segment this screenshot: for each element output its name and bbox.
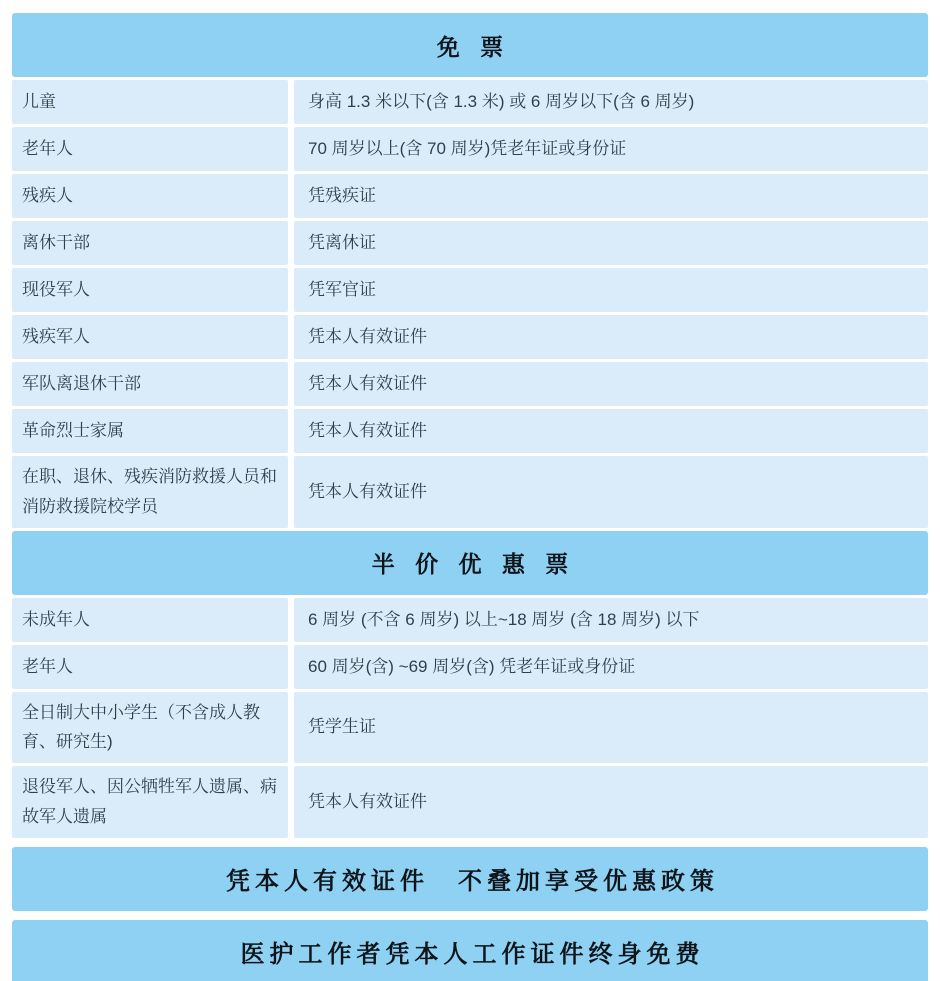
table-row: 军队离退休干部 凭本人有效证件 — [12, 362, 928, 406]
note-medical-workers-free: 医护工作者凭本人工作证件终身免费 — [12, 920, 928, 981]
condition-cell: 凭本人有效证件 — [294, 766, 928, 838]
condition-cell: 凭残疾证 — [294, 174, 928, 218]
category-cell: 老年人 — [12, 127, 288, 171]
category-cell: 离休干部 — [12, 221, 288, 265]
table-row: 退役军人、因公牺牲军人遗属、病故军人遗属 凭本人有效证件 — [12, 766, 928, 838]
category-cell: 残疾军人 — [12, 315, 288, 359]
table-row: 在职、退休、残疾消防救援人员和消防救援院校学员 凭本人有效证件 — [12, 456, 928, 528]
condition-cell: 60 周岁(含) ~69 周岁(含) 凭老年证或身份证 — [294, 645, 928, 689]
table-row: 残疾人 凭残疾证 — [12, 174, 928, 218]
condition-cell: 凭军官证 — [294, 268, 928, 312]
category-cell: 未成年人 — [12, 598, 288, 642]
category-cell: 现役军人 — [12, 268, 288, 312]
section-header-half-price: 半 价 优 惠 票 — [12, 531, 928, 595]
table-row: 革命烈士家属 凭本人有效证件 — [12, 409, 928, 453]
ticket-policy-table: 免 票 儿童 身高 1.3 米以下(含 1.3 米) 或 6 周岁以下(含 6 … — [0, 0, 940, 981]
condition-cell: 70 周岁以上(含 70 周岁)凭老年证或身份证 — [294, 127, 928, 171]
category-cell: 儿童 — [12, 80, 288, 124]
condition-cell: 身高 1.3 米以下(含 1.3 米) 或 6 周岁以下(含 6 周岁) — [294, 80, 928, 124]
table-row: 离休干部 凭离休证 — [12, 221, 928, 265]
category-cell: 在职、退休、残疾消防救援人员和消防救援院校学员 — [12, 456, 288, 528]
table-row: 老年人 60 周岁(含) ~69 周岁(含) 凭老年证或身份证 — [12, 645, 928, 689]
section-header-free-ticket: 免 票 — [12, 13, 928, 77]
condition-cell: 凭学生证 — [294, 692, 928, 764]
table-row: 现役军人 凭军官证 — [12, 268, 928, 312]
condition-cell: 凭本人有效证件 — [294, 456, 928, 528]
condition-cell: 6 周岁 (不含 6 周岁) 以上~18 周岁 (含 18 周岁) 以下 — [294, 598, 928, 642]
note-no-stacking: 凭本人有效证件 不叠加享受优惠政策 — [12, 847, 928, 911]
category-cell: 全日制大中小学生（不含成人教育、研究生) — [12, 692, 288, 764]
category-cell: 退役军人、因公牺牲军人遗属、病故军人遗属 — [12, 766, 288, 838]
table-row: 残疾军人 凭本人有效证件 — [12, 315, 928, 359]
category-cell: 革命烈士家属 — [12, 409, 288, 453]
table-row: 老年人 70 周岁以上(含 70 周岁)凭老年证或身份证 — [12, 127, 928, 171]
condition-cell: 凭离休证 — [294, 221, 928, 265]
condition-cell: 凭本人有效证件 — [294, 315, 928, 359]
table-row: 未成年人 6 周岁 (不含 6 周岁) 以上~18 周岁 (含 18 周岁) 以… — [12, 598, 928, 642]
category-cell: 残疾人 — [12, 174, 288, 218]
condition-cell: 凭本人有效证件 — [294, 362, 928, 406]
table-row: 全日制大中小学生（不含成人教育、研究生) 凭学生证 — [12, 692, 928, 764]
condition-cell: 凭本人有效证件 — [294, 409, 928, 453]
table-row: 儿童 身高 1.3 米以下(含 1.3 米) 或 6 周岁以下(含 6 周岁) — [12, 80, 928, 124]
category-cell: 老年人 — [12, 645, 288, 689]
free-ticket-table: 儿童 身高 1.3 米以下(含 1.3 米) 或 6 周岁以下(含 6 周岁) … — [12, 80, 928, 528]
category-cell: 军队离退休干部 — [12, 362, 288, 406]
half-price-table: 未成年人 6 周岁 (不含 6 周岁) 以上~18 周岁 (含 18 周岁) 以… — [12, 598, 928, 838]
